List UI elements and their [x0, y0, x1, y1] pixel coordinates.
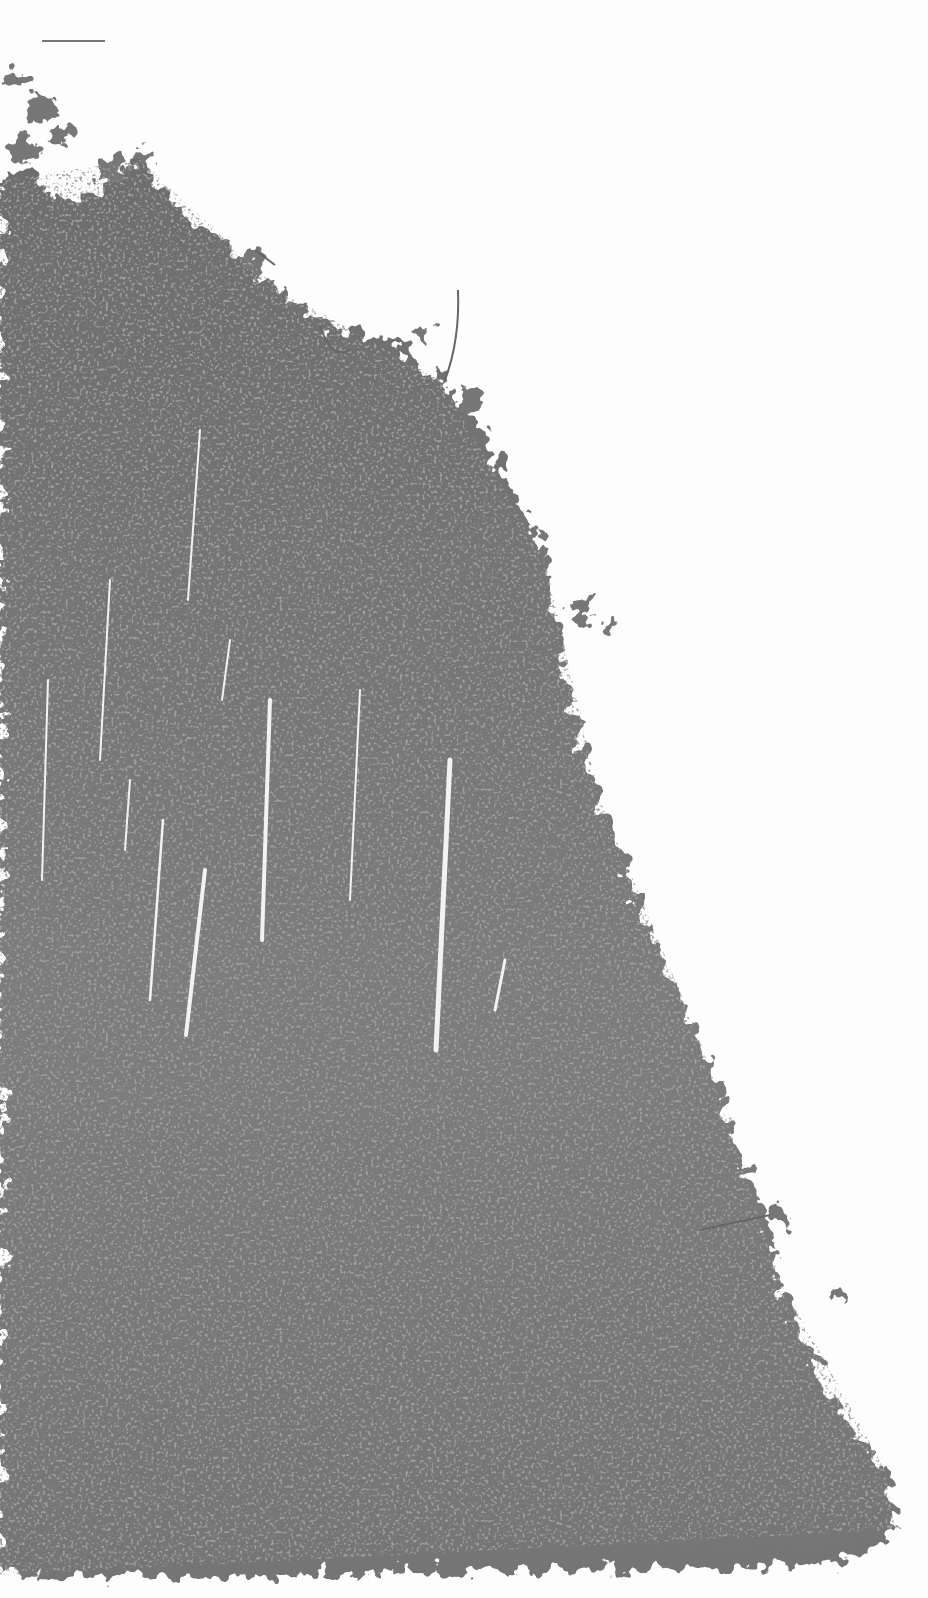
hillside-photo	[0, 0, 928, 1598]
photocopy-grain	[0, 0, 928, 1598]
